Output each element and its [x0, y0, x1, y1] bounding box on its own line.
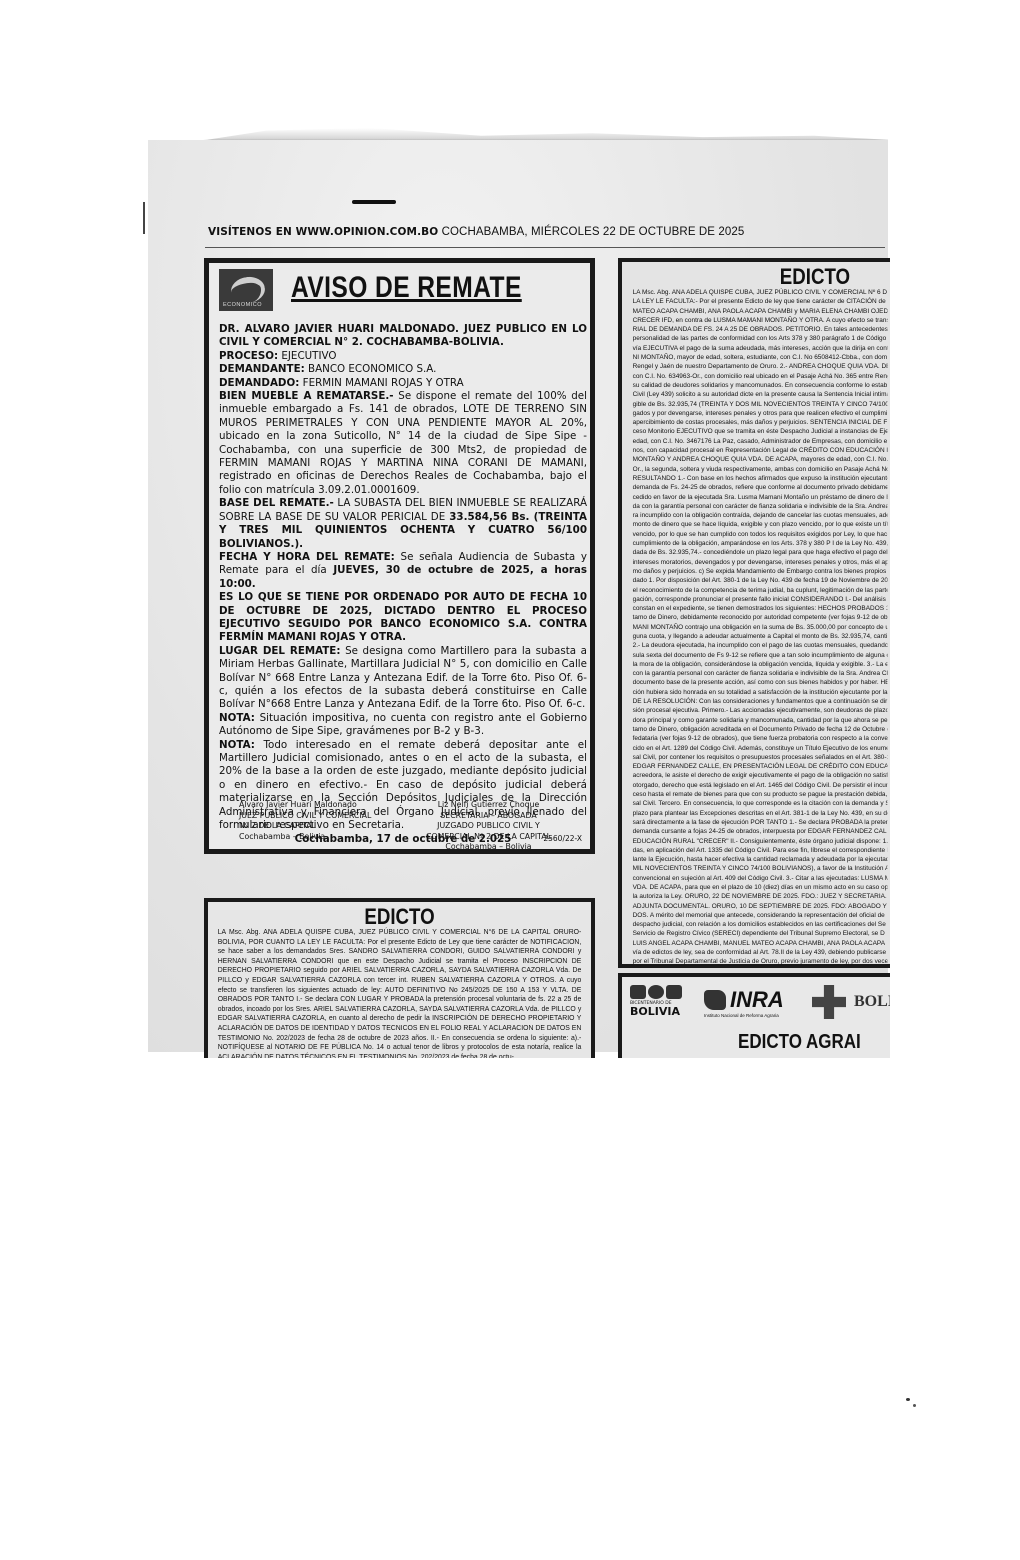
edicto-line: documento base de la presente acción, as…	[633, 678, 888, 687]
demandado-label: DEMANDADO:	[219, 377, 299, 389]
edicto-line: sará directamente a la fase de ejecución…	[633, 818, 888, 827]
edicto-line: la autoriza la Ley. ORURO, 22 DE NOVIEMB…	[633, 892, 888, 901]
nota1-text: Situación impositiva, no cuenta con regi…	[219, 712, 587, 737]
dateline: COCHABAMBA, MIÉRCOLES 22 DE OCTUBRE DE 2…	[442, 226, 745, 238]
edicto-text: LA Msc. Abg. ANA ADELA QUISPE CUBA, JUEZ…	[218, 928, 582, 1058]
fecha-label: FECHA Y HORA DEL REMATE:	[219, 551, 395, 563]
notice-title: AVISO DE REMATE	[291, 271, 522, 305]
ad-code: 2560/22-X	[543, 834, 582, 843]
edicto-line: vía de edictos de ley, sea de conformida…	[633, 948, 888, 957]
edicto-line: apercibimiento de costas procesales, más…	[633, 418, 888, 427]
fold-mark	[352, 200, 396, 204]
scan-speck	[906, 1398, 910, 1401]
judge-heading: DR. ALVARO JAVIER HUARI MALDONADO. JUEZ …	[219, 323, 587, 348]
signature-line: Cochabamba – Bolivia	[239, 832, 399, 843]
edicto-line: convencional en sujeción al Art. 409 del…	[633, 874, 888, 883]
edicto-line: vía EJECUTIVA el pago de la suma adeudad…	[633, 344, 888, 353]
edicto-line: mo daños y perjuicios. c) Se expida Mand…	[633, 567, 888, 576]
header-rule	[205, 247, 885, 248]
inra-label: INRA	[730, 987, 784, 1013]
edicto-line: EDGAR FERNANDEZ CALLE, EN PRESENTACIÓN L…	[633, 762, 888, 771]
edicto-line: sula sexta del documento de Fs 9-12 se r…	[633, 651, 888, 660]
edicto-line: despacho judicial, con relación a los do…	[633, 920, 888, 929]
website-label: VISÍTENOS EN WWW.OPINION.COM.BO	[208, 226, 438, 238]
demandado-value: FERMIN MAMANI ROJAS Y OTRA	[303, 377, 464, 389]
bicentenario-logo: BICENTENARIO DE BOLIVIA	[630, 985, 690, 1017]
edicto-line: DE LA RESOLUCIÓN: Con las consideracione…	[633, 697, 888, 706]
edicto-agrario-title: EDICTO AGRAI	[738, 1031, 861, 1054]
edicto-text: LA Msc. Abg. ANA ADELA QUISPE CUBA, JUEZ…	[633, 288, 888, 968]
edicto-line: MIL NOVECIENTOS TREINTA Y CINCO 74/100 B…	[633, 864, 888, 873]
nota2-label: NOTA:	[219, 739, 255, 751]
edicto-line: edad, con C.I. No. 3467176 La Paz, casad…	[633, 437, 888, 446]
edicto-line: gación, corresponde pronunciar el presen…	[633, 595, 888, 604]
edicto-line: demanda de Fs. 24-25 de obrados, refiere…	[633, 483, 888, 492]
edicto-line: cumplimiento de la obligación, amparándo…	[633, 539, 888, 548]
edicto-line: con C.I. No. 634963-Or., con domicilio r…	[633, 372, 888, 381]
bien-label: BIEN MUEBLE A REMATARSE.-	[219, 390, 394, 402]
signature-line: JUZGADO PUBLICO CIVIL Y	[411, 821, 566, 832]
edicto-line: gible de Bs. 32.935,74 (TREINTA Y DOS MI…	[633, 400, 888, 409]
bien-text: Se dispone el remate del 100% del inmueb…	[219, 390, 587, 496]
edicto-line: MANI MONTAÑO contrajo una obligación en …	[633, 623, 888, 632]
demandante-label: DEMANDANTE:	[219, 363, 305, 375]
edicto-title: EDICTO	[242, 906, 557, 928]
edicto-line: MATEO ACAPA CHAMBI, ANA PAOLA ACAPA CHAM…	[633, 307, 888, 316]
chakana-icon	[812, 985, 846, 1019]
edicto-line: plazo para plantear las Excepciones desc…	[633, 809, 888, 818]
estado-label: BOLI	[854, 993, 890, 1011]
lugar-label: LUGAR DEL REMATE:	[219, 645, 340, 657]
inra-subtitle: Instituto Nacional de Reforma Agraria	[704, 1013, 779, 1018]
scan-mark	[143, 202, 145, 234]
edicto-line: dora principal y como garante solidaria …	[633, 716, 888, 725]
edicto-line: demanda cursante a fojas 24-25 de obrado…	[633, 827, 888, 836]
edicto-line: lante la Ejecución, hasta hacer efectiva…	[633, 855, 888, 864]
edicto-line: ceso Monitorio EJECUTIVO que se tramita …	[633, 427, 888, 436]
edicto-line: sal Civil. Tercero. En consecuencia, lo …	[633, 799, 888, 808]
edicto-line: Civil (Ley 439) solicito a su autoridad …	[633, 390, 888, 399]
edicto-line: su calidad de deudores solidarios y manc…	[633, 381, 888, 390]
edicto-line: tamo de Dinero, obligación acreditada en…	[633, 725, 888, 734]
edicto-line: sal Civil, por contener los requisitos o…	[633, 753, 888, 762]
edicto-line: guna cuota, y llegando a adeudar actualm…	[633, 632, 888, 641]
signature-line: Liz Nelfi Gutierrez Choque	[411, 800, 566, 811]
edicto-line: dada de Bs. 32.935,74.- concediéndole un…	[633, 548, 888, 557]
inra-logo: INRA	[704, 987, 784, 1013]
demandante-value: BANCO ECONOMICO S.A.	[308, 363, 436, 375]
edicto-citacion: EDICTO LA Msc. Abg. ANA ADELA QUISPE CUB…	[618, 258, 890, 968]
signature-line: Cochabamba – Bolivia	[411, 842, 566, 853]
edicto-agrario: BICENTENARIO DE BOLIVIA INRA Instituto N…	[618, 973, 890, 1058]
logo-label: ECONOMICO	[223, 302, 262, 308]
edicto-line: RIAL DE DEMANDA DE FS. 24 A 25 DE OBRADO…	[633, 325, 888, 334]
page-header: VISÍTENOS EN WWW.OPINION.COM.BO COCHABAM…	[208, 226, 868, 238]
edicto-line: dado 1. Por disposición del Art. 380-1 d…	[633, 576, 888, 585]
bicentenario-big: BOLIVIA	[630, 1006, 690, 1017]
edicto-line: la mora de la obligación, considerándose…	[633, 660, 888, 669]
edicto-line: Rengel y Jaén de nuestro Departamento de…	[633, 362, 888, 371]
edicto-line: LUIS ANGEL ACAPA CHAMBI, MANUEL MATEO AC…	[633, 939, 888, 948]
edicto-line: vencido, por lo que se han cumplido con …	[633, 530, 888, 539]
edicto-line: otorgado, derecho que está legislado en …	[633, 781, 888, 790]
edicto-line: intereses moratorios, devengados y por d…	[633, 558, 888, 567]
edicto-line: ADJUNTA DOCUMENTAL. ORURO, 10 DE SEPTIEM…	[633, 902, 888, 911]
edicto-line: das, en aplicación del Art. 1335 del Cód…	[633, 846, 888, 855]
base-label: BASE DEL REMATE.-	[219, 497, 334, 509]
edicto-line: ra incumplido con la obligación contraíd…	[633, 511, 888, 520]
edicto-line: CRECER IFD, en contra de LUSMA MAMANI MO…	[633, 316, 888, 325]
edicto-line: nos, con capacidad procesal en Represent…	[633, 446, 888, 455]
notice-body: DR. ALVARO JAVIER HUARI MALDONADO. JUEZ …	[219, 323, 587, 847]
signature-line: Alvaro Javier Huari Maldonado	[239, 800, 399, 811]
edicto-line: ceso hasta el remate de bienes para que …	[633, 790, 888, 799]
edicto-line: constan en el expediente, se tienen demo…	[633, 604, 888, 613]
edicto-title: EDICTO	[650, 266, 871, 288]
edicto-line: personalidad de las partes de conformida…	[633, 334, 888, 343]
swoosh-icon	[229, 275, 266, 305]
edicto-notificacion: EDICTO LA Msc. Abg. ANA ADELA QUISPE CUB…	[204, 898, 595, 1058]
nota1-label: NOTA:	[219, 712, 255, 724]
edicto-line: con la garantía personal con carácter de…	[633, 669, 888, 678]
edicto-line: VDA. DE ACAPA, para que en el plazo de 1…	[633, 883, 888, 892]
edicto-line: fedataria (ver fojas 9-12 de obrados), q…	[633, 734, 888, 743]
edicto-line: Or., la segunda, soltera y viuda respect…	[633, 465, 888, 474]
edicto-line: RO, 11 DE SEPTIEMBRE DE 2025.- FDO.: JUE…	[633, 967, 888, 968]
edicto-line: cedido en favor de la ejecutada Sra. Lus…	[633, 493, 888, 502]
edicto-line: da con la garantía personal con carácter…	[633, 502, 888, 511]
edicto-line: tamo de Dinero, debidamente reconocido p…	[633, 613, 888, 622]
proceso-value: EJECUTIVO	[281, 350, 336, 362]
auto-text: ES LO QUE SE TIENE POR ORDENADO POR AUTO…	[219, 591, 587, 643]
edicto-line: gados y por devengarse, intereses penale…	[633, 409, 888, 418]
edicto-line: 2.- La deudora ejecutada, ha incumplido …	[633, 641, 888, 650]
signature-line: JUEZ PUBLICO CIVIL Y COMERCIAL	[239, 811, 399, 822]
edicto-line: acreedora, le asiste el derecho de exigi…	[633, 771, 888, 780]
edicto-line: NI MONTAÑO, mayor de edad, soltera, estu…	[633, 353, 888, 362]
edicto-line: RESULTANDO 1.- Con base en los hechos af…	[633, 474, 888, 483]
banco-economico-logo: ECONOMICO	[219, 269, 273, 311]
edicto-line: EDUCACIÓN RURAL "CRECER" II.- Consiguien…	[633, 837, 888, 846]
edicto-line: DOS. A mérito del memorial que antecede,…	[633, 911, 888, 920]
scan-speck	[913, 1404, 916, 1407]
proceso-label: PROCESO:	[219, 350, 278, 362]
edicto-line: LA Msc. Abg. ANA ADELA QUISPE CUBA, JUEZ…	[633, 288, 888, 297]
edicto-line: monto de dinero que se hace líquida, exi…	[633, 520, 888, 529]
edicto-line: MONTAÑO Y ANDREA CHOQUE QUIA VDA. DE ACA…	[633, 455, 888, 464]
aviso-remate-notice: ECONOMICO AVISO DE REMATE DR. ALVARO JAV…	[204, 258, 595, 854]
signature-secretary: Liz Nelfi Gutierrez Choque SECRETARIA – …	[411, 800, 566, 853]
bolivia-map-icon	[704, 990, 726, 1010]
edicto-line: por el Tribunal Departamental de Justici…	[633, 957, 888, 966]
edicto-line: sión procesal ejecutiva. Primero.- Las a…	[633, 706, 888, 715]
signature-line: SECRETARIA – ABOGADA	[411, 811, 566, 822]
signature-line: Nº 2 DE LA CAPITAL	[239, 821, 399, 832]
signature-judge: Alvaro Javier Huari Maldonado JUEZ PUBLI…	[239, 800, 399, 842]
edicto-line: LA LEY LE FACULTA:- Por el presente Edic…	[633, 297, 888, 306]
edicto-line: el reconocimiento de la competencia de t…	[633, 586, 888, 595]
edicto-line: ción hubiera sido honrada en su totalida…	[633, 688, 888, 697]
edicto-line: cido en el Art. 1289 del Código Civil. A…	[633, 744, 888, 753]
edicto-line: Servicio de Registro Cívico (SERECI) dep…	[633, 929, 888, 938]
bicentenario-200-icon	[630, 985, 690, 999]
